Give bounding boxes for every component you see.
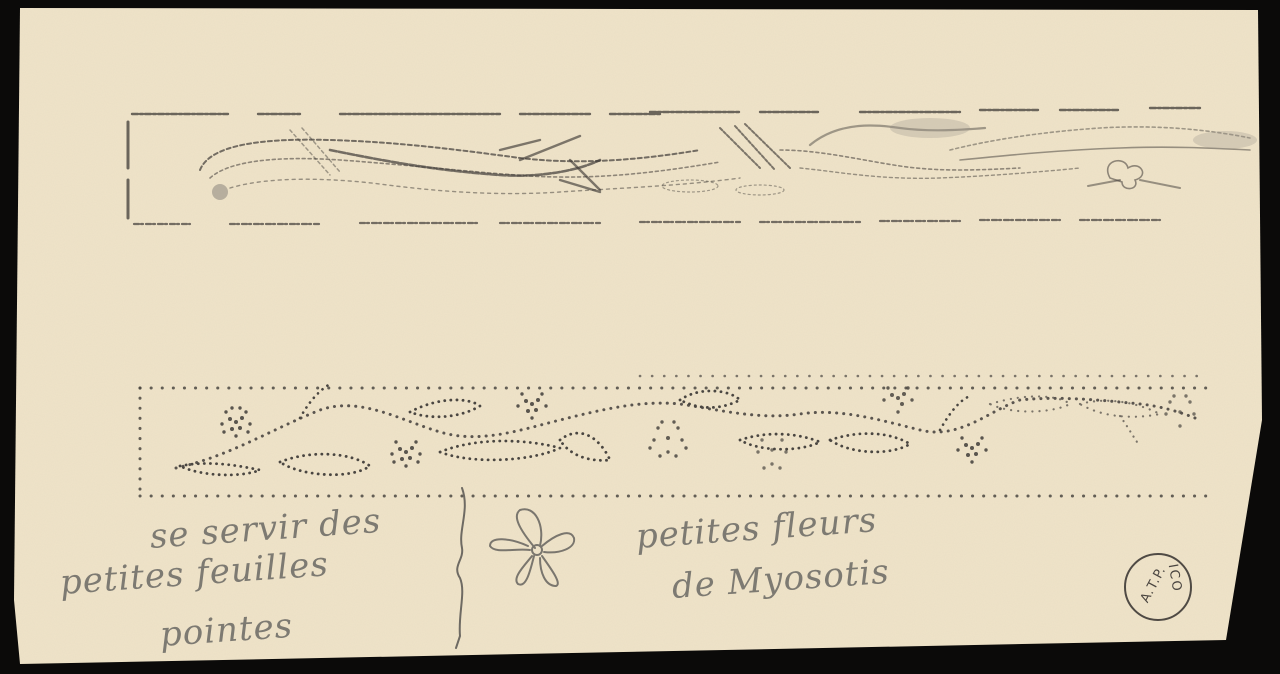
stamp-text-ico: ICO: [1165, 563, 1185, 594]
archive-stamp: A.T.P. ICO: [1124, 553, 1192, 621]
note-left-line-3: pointes: [159, 609, 294, 652]
scanned-sheet: se servir des petites feuilles pointes p…: [0, 0, 1280, 674]
